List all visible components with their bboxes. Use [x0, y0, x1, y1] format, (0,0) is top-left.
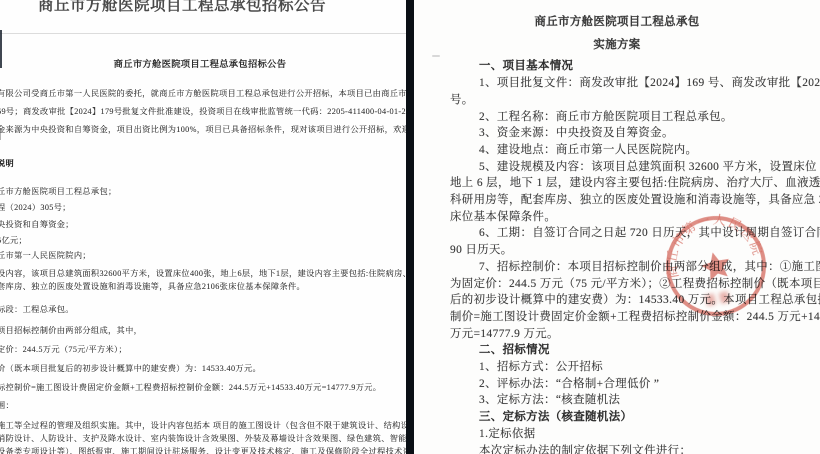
doc-line: 程（2024）305号； — [0, 202, 71, 213]
doc-line: 本次定标办法的制定依据下列文件进行： — [450, 443, 784, 454]
doc-line: 2、工程名称：商丘市方舱医院项目工程总承包。 — [450, 109, 784, 126]
right-doc-subtitle: 实施方案 — [450, 37, 784, 54]
section-heading: 说明 — [0, 158, 14, 169]
doc-line: 1.定标依据 — [450, 426, 784, 443]
doc-line: 1、项目批复文件：商发改审批【2024】169 号、商发改审批【2024】179 — [450, 75, 784, 92]
screen: 商丘市方舱医院项目工程总承包招标公告 商丘市方舱医院项目工程总承包招标公告 有限… — [0, 0, 820, 454]
doc-line: 围： — [0, 400, 14, 411]
doc-line: 定价：244.5万元（75元/平方米）； — [0, 344, 127, 355]
doc-line: 5、建设规模及内容：该项目总建筑面积 32600 平方米，设置床位 400 张， — [450, 159, 784, 176]
doc-line: 施工等全过程的管理及组织实施。其中，设计内容包括本 项目的施工图设计（包含但不限… — [0, 420, 406, 431]
doc-line: 丘市方舱医院项目工程总承包； — [0, 186, 117, 197]
doc-line: 6亿元； — [0, 235, 27, 246]
section-heading: 一、项目基本情况 — [450, 58, 784, 75]
left-doc-title: 商丘市方舱医院项目工程总承包招标公告 — [0, 56, 400, 70]
doc-line: 号。 — [450, 92, 784, 109]
header-divider-line — [0, 33, 406, 34]
doc-line: 有限公司受商丘市第一人民医院的委托，就商丘市方舱医院项目工程总承包进行公开招标，… — [0, 88, 406, 99]
doc-line: 2、评标办法：“合格制+合理低价 ” — [450, 376, 784, 393]
doc-line: 消防设计、人防设计、支护及降水设计、室内装饰设计含效果图、外装及幕墙设计含效果图… — [0, 433, 406, 444]
left-page-tender-announcement: 商丘市方舱医院项目工程总承包招标公告 商丘市方舱医院项目工程总承包招标公告 有限… — [0, 0, 406, 454]
section-heading: 三、定标方法（核查随机法） — [450, 409, 784, 426]
doc-line: 丘市第一人民医院院内； — [0, 250, 91, 261]
doc-line: 3、定标方法：“核查随机法 — [450, 392, 784, 409]
scan-smudge — [432, 55, 440, 57]
page-divider — [406, 0, 414, 454]
section-heading: 二、招标情况 — [450, 342, 784, 359]
doc-line: 地上 6 层，地下 1 层，建设内容主要包括:住院病房、治疗大厅、血液透析中心、 — [450, 175, 784, 192]
cropped-edge-artifact — [0, 30, 2, 68]
doc-line: 69号；商发改审批【2024】179号批复文件批准建设，投资项目在线审批监管统一… — [0, 106, 406, 117]
doc-line: 价（既本项目批复后的初步设计概算中的建安费）为：14533.40万元。 — [0, 363, 261, 374]
doc-line: 设内容，该项目总建筑面积32600平方米，设置床位400张，地上6层，地下1层，… — [0, 268, 406, 279]
doc-line: 套库房、独立的医废处置设施和消毒设施等，具备应急2106张床位基本保障条件。 — [0, 281, 305, 292]
doc-line: 1、招标方式：公开招标 — [450, 359, 784, 376]
doc-line: 4、建设地点：商丘市第一人民医院院内。 — [450, 142, 784, 159]
doc-line: 3、资金来源：中央投资及自筹资金。 — [450, 125, 784, 142]
doc-line: 标控制价=施工图设计费固定价金额+工程费招标控制价金额：244.5万元+1453… — [0, 382, 381, 393]
cropped-edge-artifact — [0, 128, 1, 140]
seal-bottom-blur — [705, 293, 716, 306]
doc-line: 央投资和自筹资金； — [0, 219, 74, 230]
seal-graphic: 商丘市第一人民医院 — [653, 201, 777, 325]
left-page-header-title: 商丘市方舱医院项目工程总承包招标公告 — [38, 0, 406, 15]
doc-line: 项目招标控制价由两部分组成，其中， — [0, 325, 142, 336]
seal-star-icon — [699, 249, 733, 282]
doc-line: 标段：工程总承包。 — [0, 304, 74, 315]
seal-bottom-blur — [719, 291, 730, 304]
right-page-implementation-plan: 商丘市方舱医院项目工程总承包 实施方案 一、项目基本情况 1、项目批复文件：商发… — [414, 0, 820, 454]
doc-line: 设备类专项设计等）、图纸报审、施工期间设计驻场服务、设计变更及技术核定、施工及保… — [0, 446, 406, 454]
doc-line: 金来源为中央投资和自筹资金，项目出资比例为100%，项目已具备招标条件，现对该项… — [0, 124, 406, 135]
right-doc-title: 商丘市方舱医院项目工程总承包 — [450, 14, 784, 31]
